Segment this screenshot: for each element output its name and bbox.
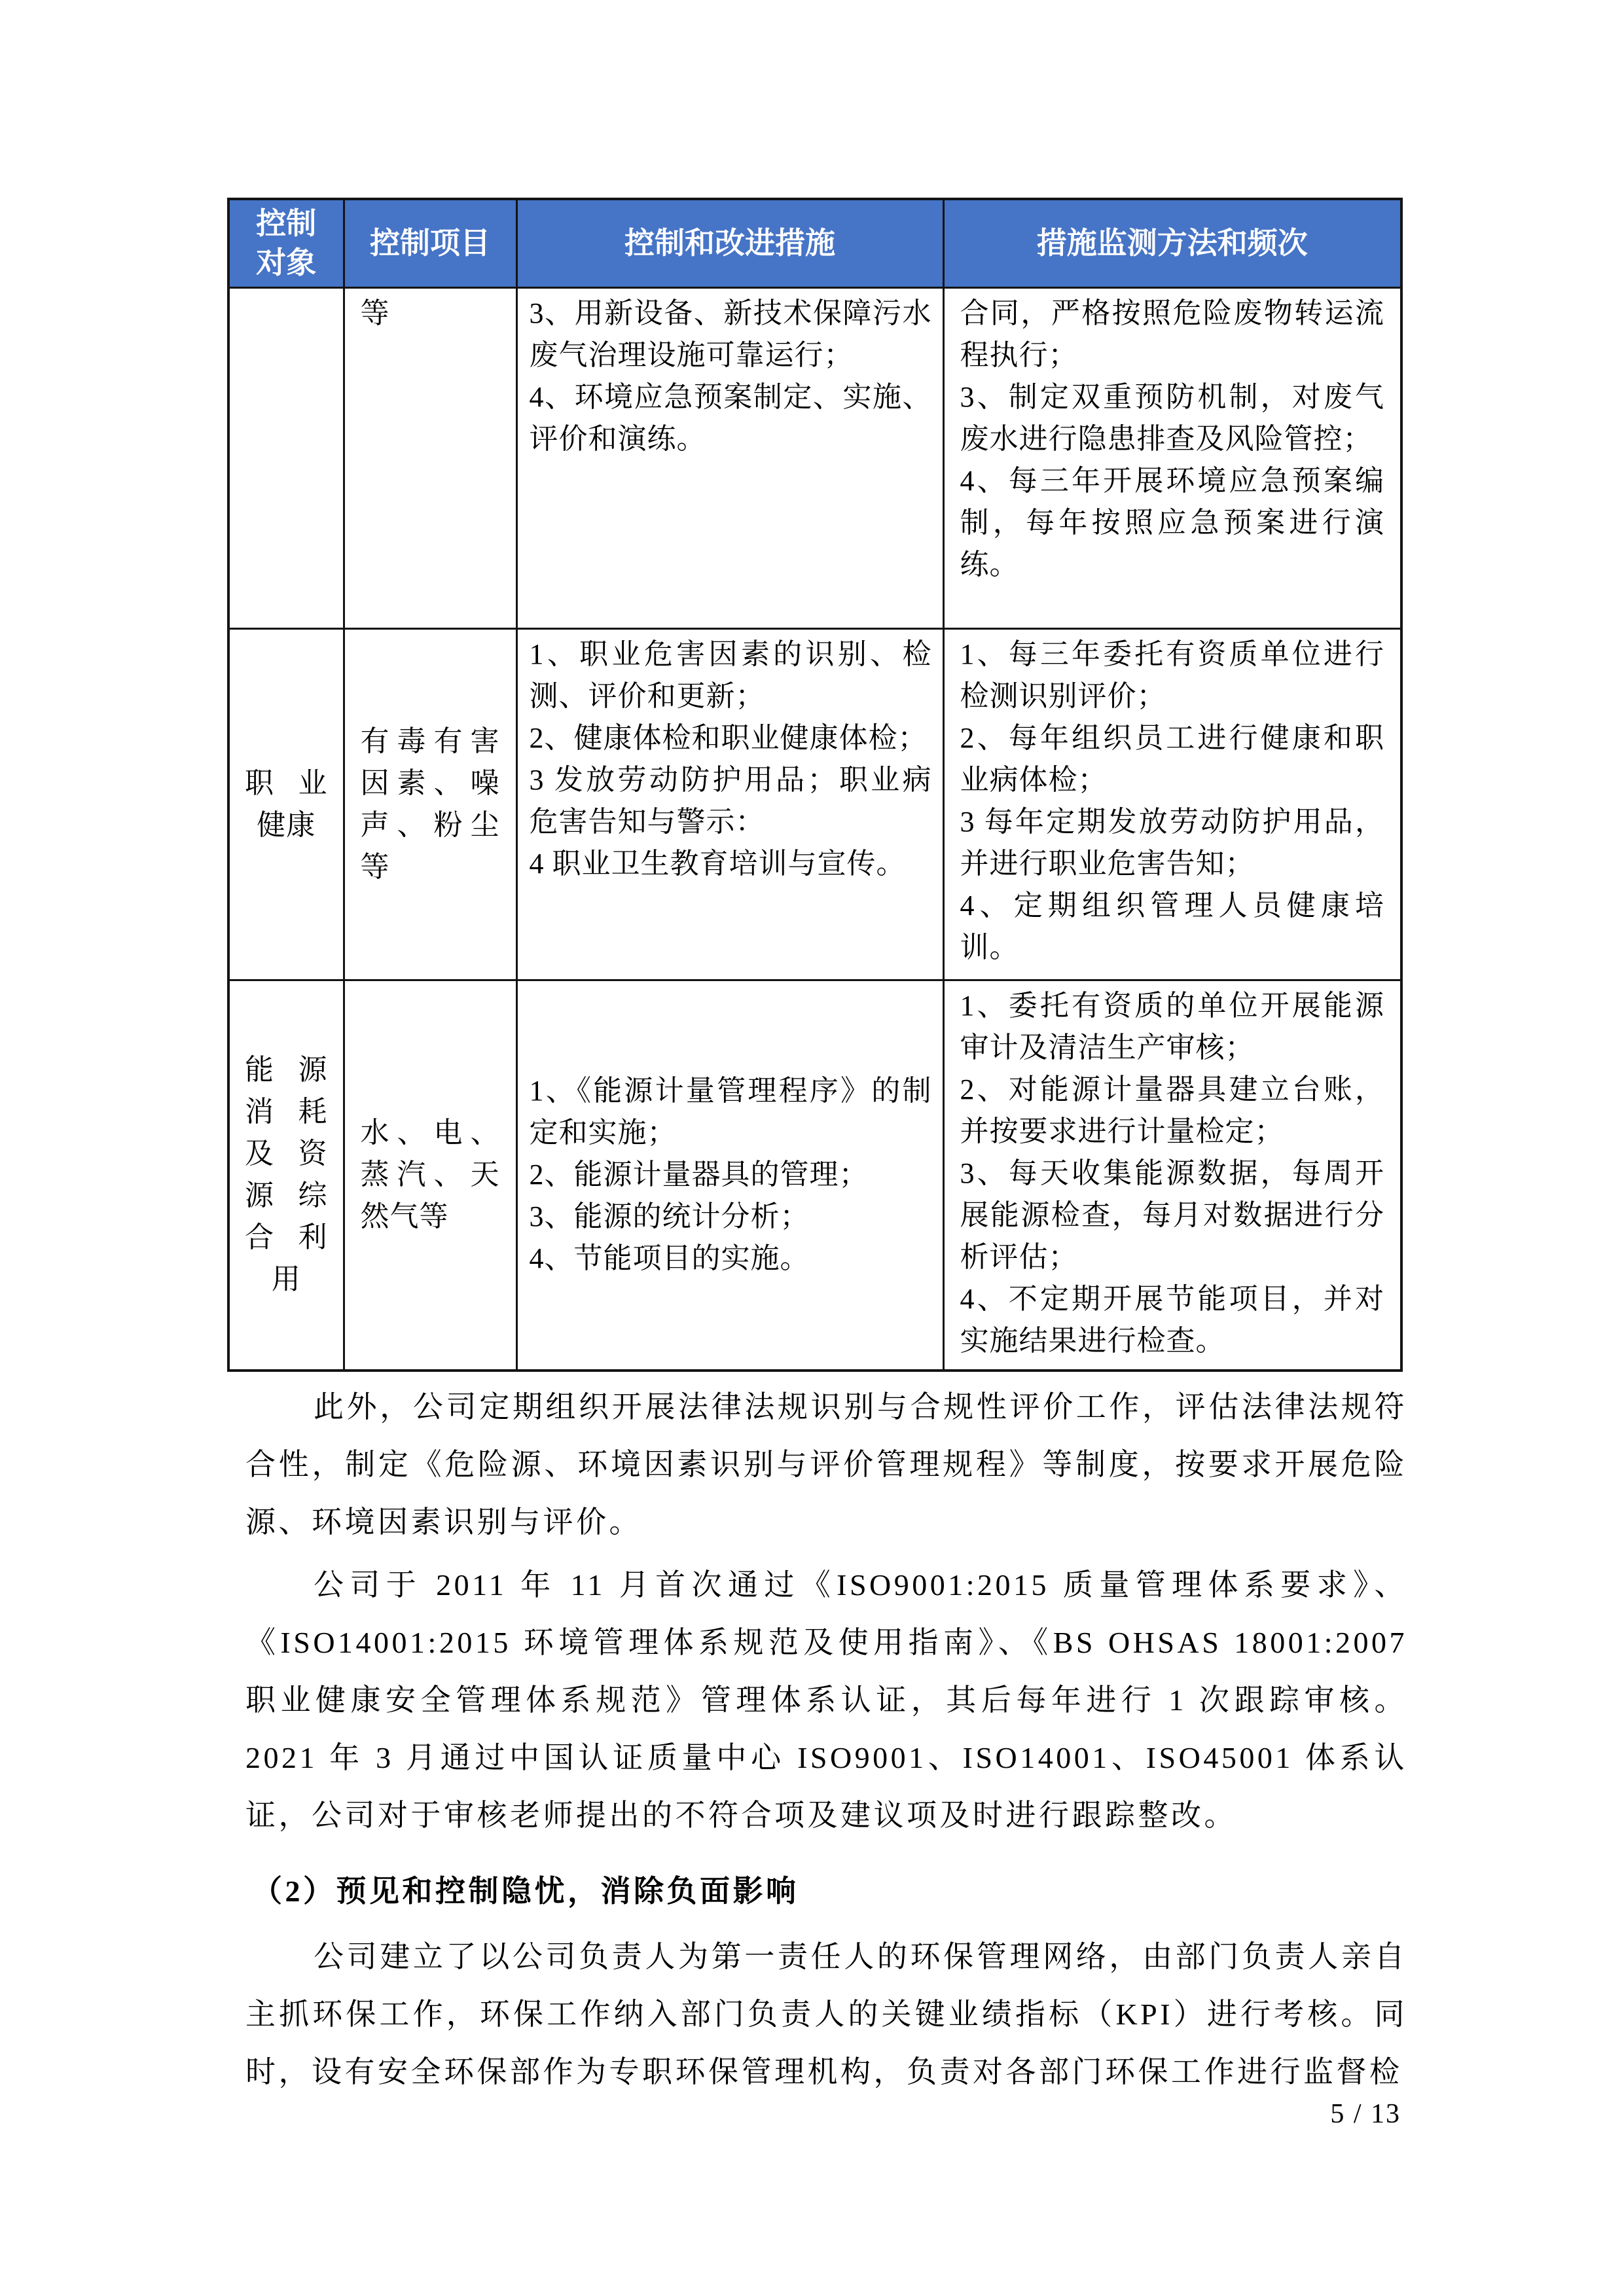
cell-paragraph: 1、委托有资质的单位开展能源审计及清洁生产审核； (960, 985, 1385, 1069)
cell-monitoring-methods: 1、每三年委托有资质单位进行检测识别评价； 2、每年组织员工进行健康和职业病体检… (943, 628, 1401, 980)
cell-control-items: 水、电、蒸汽、天然气等 (344, 980, 516, 1371)
column-header-monitoring-methods: 措施监测方法和频次 (943, 199, 1401, 287)
cell-paragraph: 合同，严格按照危险废物转运流程执行； (960, 293, 1385, 376)
cell-paragraph: 4、定期组织管理人员健康培训。 (960, 885, 1385, 969)
paragraph-certification-history: 公司于 2011 年 11 月首次通过《ISO9001:2015 质量管理体系要… (245, 1556, 1407, 1844)
column-header-control-measures: 控制和改进措施 (516, 199, 943, 287)
cell-monitoring-methods: 合同，严格按照危险废物转运流程执行； 3、制定双重预防机制，对废气废水进行隐患排… (943, 287, 1401, 628)
table-header-row: 控制对象 控制项目 控制和改进措施 措施监测方法和频次 (228, 199, 1401, 287)
cell-control-measures: 3、用新设备、新技术保障污水废气治理设施可靠运行； 4、环境应急预案制定、实施、… (516, 287, 943, 628)
column-header-control-object: 控制对象 (228, 199, 344, 287)
cell-paragraph: 4、不定期开展节能项目，并对实施结果进行检查。 (960, 1278, 1385, 1362)
cell-control-object: 能源消耗及资源综合利用 (228, 980, 344, 1371)
cell-paragraph: 2、健康体检和职业健康体检； (530, 717, 932, 759)
cell-paragraph: 3、用新设备、新技术保障污水废气治理设施可靠运行； (530, 293, 932, 376)
cell-monitoring-methods: 1、委托有资质的单位开展能源审计及清洁生产审核； 2、对能源计量器具建立台账，并… (943, 980, 1401, 1371)
column-header-control-items: 控制项目 (344, 199, 516, 287)
cell-paragraph: 3 发放劳动防护用品；职业病危害告知与警示： (530, 759, 932, 843)
table-row: 能源消耗及资源综合利用 水、电、蒸汽、天然气等 1、《能源计量管理程序》的制定和… (228, 980, 1401, 1371)
cell-paragraph: 有毒有害因素、噪声、粉尘等 (361, 721, 500, 888)
cell-paragraph: 1、每三年委托有资质单位进行检测识别评价； (960, 634, 1385, 717)
cell-paragraph: 3、能源的统计分析； (530, 1196, 932, 1238)
cell-control-items: 有毒有害因素、噪声、粉尘等 (344, 628, 516, 980)
body-text: 此外，公司定期组织开展法律法规识别与合规性评价工作，评估法律法规符合性，制定《危… (245, 1378, 1407, 2106)
paragraph-environment-network: 公司建立了以公司负责人为第一责任人的环保管理网络，由部门负责人亲自主抓环保工作，… (245, 1928, 1407, 2101)
table-row: 等 3、用新设备、新技术保障污水废气治理设施可靠运行； 4、环境应急预案制定、实… (228, 287, 1401, 628)
cell-paragraph: 4、每三年开展环境应急预案编制，每年按照应急预案进行演练。 (960, 460, 1385, 586)
document-page: 控制对象 控制项目 控制和改进措施 措施监测方法和频次 等 3、用新设备、新技术… (0, 0, 1624, 2296)
table-row: 职业健康 有毒有害因素、噪声、粉尘等 1、职业危害因素的识别、检测、评价和更新；… (228, 628, 1401, 980)
cell-paragraph: 4、环境应急预案制定、实施、评价和演练。 (530, 376, 932, 460)
cell-control-items: 等 (344, 287, 516, 628)
cell-paragraph: 3、每天收集能源数据，每周开展能源检查，每月对数据进行分析评估； (960, 1153, 1385, 1278)
cell-paragraph: 2、每年组织员工进行健康和职业病体检； (960, 717, 1385, 801)
cell-paragraph: 4 职业卫生教育培训与宣传。 (530, 843, 932, 885)
section-heading-2: （2）预见和控制隐忧，消除负面影响 (252, 1863, 1407, 1920)
paragraph-compliance-evaluation: 此外，公司定期组织开展法律法规识别与合规性评价工作，评估法律法规符合性，制定《危… (245, 1378, 1407, 1551)
cell-paragraph: 1、职业危害因素的识别、检测、评价和更新； (530, 634, 932, 717)
cell-paragraph: 2、对能源计量器具建立台账，并按要求进行计量检定； (960, 1069, 1385, 1153)
cell-paragraph: 2、能源计量器具的管理； (530, 1154, 932, 1196)
cell-paragraph: 3、制定双重预防机制，对废气废水进行隐患排查及风险管控； (960, 376, 1385, 460)
control-measures-table: 控制对象 控制项目 控制和改进措施 措施监测方法和频次 等 3、用新设备、新技术… (227, 198, 1403, 1372)
cell-paragraph: 等 (361, 293, 500, 334)
page-number: 5 / 13 (1330, 2098, 1401, 2130)
cell-paragraph: 水、电、蒸汽、天然气等 (361, 1112, 500, 1238)
cell-control-object (228, 287, 344, 628)
cell-control-measures: 1、《能源计量管理程序》的制定和实施； 2、能源计量器具的管理； 3、能源的统计… (516, 980, 943, 1371)
cell-paragraph: 1、《能源计量管理程序》的制定和实施； (530, 1070, 932, 1154)
cell-control-measures: 1、职业危害因素的识别、检测、评价和更新； 2、健康体检和职业健康体检； 3 发… (516, 628, 943, 980)
cell-control-object: 职业健康 (228, 628, 344, 980)
cell-paragraph: 4、节能项目的实施。 (530, 1238, 932, 1280)
cell-paragraph: 3 每年定期发放劳动防护用品，并进行职业危害告知； (960, 801, 1385, 885)
